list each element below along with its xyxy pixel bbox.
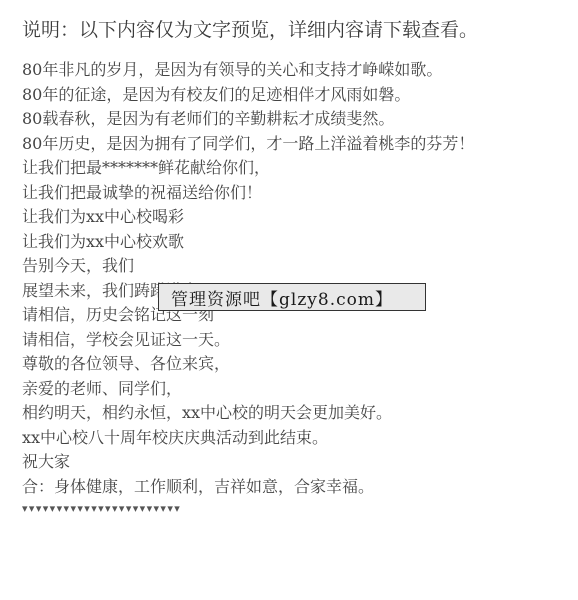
- text-line: 让我们把最*******鲜花献给你们，: [22, 156, 562, 181]
- text-line: 相约明天，相约永恒，xx中心校的明天会更加美好。: [22, 401, 562, 426]
- text-line: 亲爱的老师、同学们，: [22, 377, 562, 402]
- text-line: 80年的征途，是因为有校友们的足迹相伴才风雨如磐。: [22, 83, 562, 108]
- text-line: 尊敬的各位领导、各位来宾，: [22, 352, 562, 377]
- text-line: 80年非凡的岁月，是因为有领导的关心和支持才峥嵘如歌。: [22, 58, 562, 83]
- text-line: 告别今天，我们: [22, 254, 562, 279]
- preview-notice-title: 说明：以下内容仅为文字预览，详细内容请下载查看。: [22, 17, 478, 43]
- text-line: 让我们把最诚挚的祝福送给你们！: [22, 181, 562, 206]
- text-line: 80年历史，是因为拥有了同学们，才一路上洋溢着桃李的芬芳！: [22, 132, 542, 157]
- ellipsis-dots: ▾▾▾▾▾▾▾▾▾▾▾▾▾▾▾▾▾▾▾▾▾▾▾: [22, 499, 562, 524]
- watermark-text: 管理资源吧【glzy8.com】: [171, 285, 393, 310]
- text-line: 祝大家: [22, 450, 562, 475]
- watermark-banner: 管理资源吧【glzy8.com】: [158, 283, 426, 311]
- text-line: xx中心校八十周年校庆庆典活动到此结束。: [22, 426, 562, 451]
- text-line: 让我们为xx中心校欢歌: [22, 230, 562, 255]
- text-line: 让我们为xx中心校喝彩: [22, 205, 562, 230]
- text-line: 合：身体健康，工作顺利，吉祥如意，合家幸福。: [22, 475, 562, 500]
- text-line: 请相信，学校会见证这一天。: [22, 328, 562, 353]
- text-line: 80载春秋，是因为有老师们的辛勤耕耘才成绩斐然。: [22, 107, 562, 132]
